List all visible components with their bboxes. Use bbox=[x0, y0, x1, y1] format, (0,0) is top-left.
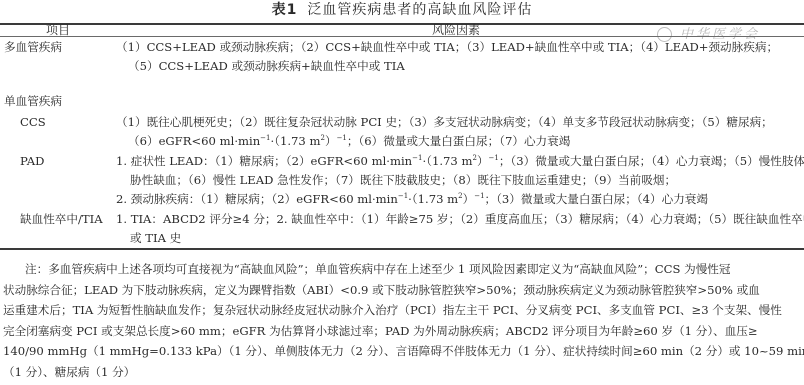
row-label: PAD bbox=[20, 152, 44, 171]
column-header-risk-factors: 风险因素 bbox=[432, 23, 480, 37]
row-label: 单血管疾病 bbox=[4, 92, 62, 111]
table-header-rule bbox=[0, 36, 804, 37]
table-bottom-rule bbox=[0, 248, 804, 250]
table-title-text: 泛血管疾病患者的高缺血风险评估 bbox=[307, 2, 532, 18]
row-content: （1）既往心肌梗死史；（2）既往复杂冠状动脉 PCI 史；（3）多支冠状动脉病变… bbox=[116, 113, 800, 151]
table-notes: 注：多血管疾病中上述各项均可直接视为“高缺血风险”；单血管疾病中存在上述至少 1… bbox=[3, 259, 801, 382]
row-label: CCS bbox=[20, 113, 46, 132]
column-header-item: 项目 bbox=[46, 23, 70, 37]
row-label: 多血管疾病 bbox=[4, 38, 62, 57]
row-content: （1）CCS+LEAD 或颈动脉疾病；（2）CCS+缺血性卒中或 TIA；（3）… bbox=[116, 38, 800, 76]
table-title: 表1泛血管疾病患者的高缺血风险评估 bbox=[0, 1, 804, 19]
row-content: 1. TIA：ABCD2 评分≥4 分；2. 缺血性卒中：（1）年龄≥75 岁；… bbox=[116, 210, 800, 248]
row-content: 1. 症状性 LEAD：（1）糖尿病；（2）eGFR<60 ml·min−1·（… bbox=[116, 152, 800, 209]
row-label: 缺血性卒中/TIA bbox=[20, 210, 103, 229]
table-number: 表1 bbox=[272, 2, 298, 18]
